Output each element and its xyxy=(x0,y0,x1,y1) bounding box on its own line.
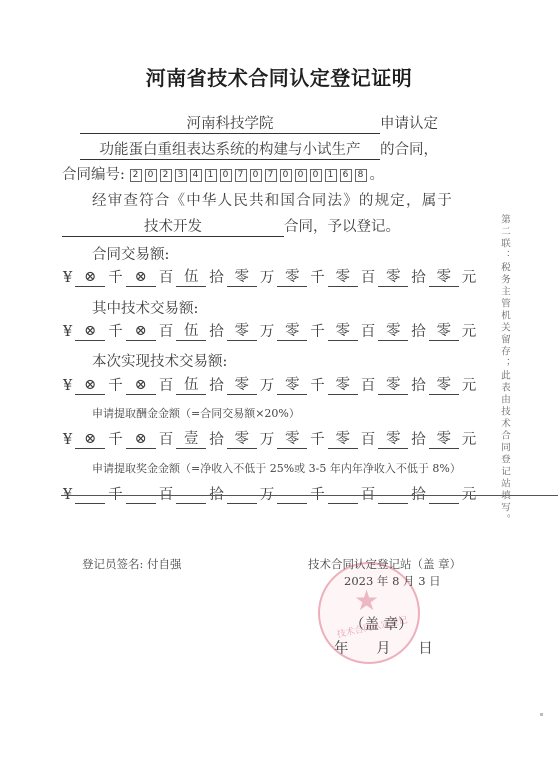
amount-digit xyxy=(126,485,156,504)
amount-unit: 万 xyxy=(260,377,275,395)
registrar-name: 付自强 xyxy=(147,557,182,571)
amount-unit: 千 xyxy=(310,323,325,341)
amount-unit: 百 xyxy=(159,323,174,341)
contract-number-digit: 0 xyxy=(295,169,307,182)
amount-unit: 元 xyxy=(462,269,477,287)
amount-digit: 零 xyxy=(429,322,459,341)
amount-digit: ⊗ xyxy=(75,322,105,341)
amount-digit xyxy=(176,485,206,504)
amount-unit: 千 xyxy=(108,486,123,504)
contract-number-digit: 1 xyxy=(325,169,337,182)
amount-unit: 拾 xyxy=(209,377,224,395)
amount-unit: 拾 xyxy=(411,486,426,504)
registrar-label: 登记员签名: xyxy=(82,557,143,571)
contract-number-digit: 2 xyxy=(130,169,142,182)
amount-unit: 拾 xyxy=(411,323,426,341)
section-label: 申请提取奖金金额（=净收入不低于 25%或 3-5 年内年净收入不低于 8%） xyxy=(92,460,461,476)
amount-unit: 拾 xyxy=(209,431,224,449)
amount-row: ¥⊗千⊗百伍拾零万零千零百零拾零元 xyxy=(63,268,476,287)
amount-digit xyxy=(277,485,307,504)
amount-digit: 零 xyxy=(378,430,408,449)
amount-digit: 零 xyxy=(429,376,459,395)
amount-digit: 壹 xyxy=(176,430,206,449)
amount-unit: 千 xyxy=(310,377,325,395)
amount-digit: ⊗ xyxy=(75,430,105,449)
amount-unit: 拾 xyxy=(411,269,426,287)
amount-unit: 百 xyxy=(159,431,174,449)
amount-digit: 零 xyxy=(227,268,257,287)
section-label: 申请提取酬金金额（=合同交易额×20%） xyxy=(92,405,300,421)
amount-digit: ⊗ xyxy=(75,376,105,395)
contract-number-digit: 1 xyxy=(205,169,217,182)
amount-digit: 零 xyxy=(227,430,257,449)
contract-number-digit: 3 xyxy=(175,169,187,182)
section-label: 合同交易额: xyxy=(92,243,169,264)
registrar-line: 登记员签名: 付自强 xyxy=(82,556,182,572)
contract-number-digit: 0 xyxy=(280,169,292,182)
contract-number-digit: 7 xyxy=(265,169,277,182)
amount-row: ¥千百拾万千百拾元 xyxy=(63,485,558,504)
contract-number-end: 。 xyxy=(370,167,385,183)
amount-digit: 零 xyxy=(227,376,257,395)
amount-unit: 拾 xyxy=(411,377,426,395)
contract-number-digit: 0 xyxy=(145,169,157,182)
currency-symbol: ¥ xyxy=(63,269,72,287)
amount-unit: 拾 xyxy=(209,323,224,341)
section-label: 本次实现技术交易额: xyxy=(92,350,227,371)
amount-unit: 百 xyxy=(159,486,174,504)
contract-number-digit: 0 xyxy=(250,169,262,182)
amount-digit: 零 xyxy=(429,430,459,449)
amount-digit: ⊗ xyxy=(75,268,105,287)
amount-digit: ⊗ xyxy=(126,376,156,395)
document-title: 河南省技术合同认定登记证明 xyxy=(0,62,558,91)
amount-unit: 百 xyxy=(361,431,376,449)
blank-date: 年 月 日 xyxy=(334,637,433,658)
scan-speck xyxy=(540,713,543,716)
contract-name-line: 功能蛋白重组表达系统的构建与小试生产的合同， xyxy=(80,138,438,160)
contract-number-digit: 7 xyxy=(235,169,247,182)
amount-digit: 零 xyxy=(227,322,257,341)
amount-unit: 千 xyxy=(310,486,325,504)
amount-unit: 千 xyxy=(108,377,123,395)
amount-digit: 零 xyxy=(277,322,307,341)
amount-digit: 零 xyxy=(277,376,307,395)
station-label: 技术合同认定登记站（盖 章） xyxy=(308,556,461,572)
amount-digit xyxy=(429,485,459,504)
contract-number-digit: 4 xyxy=(190,169,202,182)
amount-unit: 千 xyxy=(310,269,325,287)
currency-symbol: ¥ xyxy=(63,377,72,395)
amount-digit: 伍 xyxy=(176,322,206,341)
applicant-line: 河南科技学院申请认定 xyxy=(80,112,438,134)
amount-unit: 万 xyxy=(260,269,275,287)
amount-unit: 千 xyxy=(108,431,123,449)
amount-unit: 拾 xyxy=(209,486,224,504)
amount-digit: 伍 xyxy=(176,376,206,395)
amount-unit: 元 xyxy=(462,377,477,395)
amount-unit: 百 xyxy=(361,323,376,341)
contract-number-label: 合同编号: xyxy=(62,167,125,183)
amount-digit xyxy=(328,485,358,504)
side-note: 第二联：税务主管机关留存；此表由技术合同登记站填写。 xyxy=(497,214,511,526)
seal-label: （盖 章） xyxy=(350,613,413,634)
amount-unit: 元 xyxy=(462,486,477,504)
amount-unit: 百 xyxy=(361,377,376,395)
amount-digit: 零 xyxy=(328,376,358,395)
applicant-suffix: 申请认定 xyxy=(380,116,438,132)
review-text: 经审查符合《中华人民共和国合同法》的规定，属于 xyxy=(92,189,453,210)
contract-type-suffix: 合同，予以登记。 xyxy=(284,219,400,235)
currency-symbol: ¥ xyxy=(63,431,72,449)
amount-digit: 零 xyxy=(378,376,408,395)
amount-unit: 元 xyxy=(462,323,477,341)
amount-digit: 零 xyxy=(378,322,408,341)
contract-type-field: 技术开发 xyxy=(62,215,284,237)
contract-number-boxes: 2023410707000168 xyxy=(130,167,370,183)
amount-digit: ⊗ xyxy=(126,430,156,449)
amount-row: ¥⊗千⊗百伍拾零万零千零百零拾零元 xyxy=(63,322,476,341)
amount-digit: 零 xyxy=(429,268,459,287)
amount-unit: 万 xyxy=(260,486,275,504)
amount-sections: 合同交易额:¥⊗千⊗百伍拾零万零千零百零拾零元其中技术交易额:¥⊗千⊗百伍拾零万… xyxy=(0,0,558,19)
amount-row: ¥⊗千⊗百伍拾零万零千零百零拾零元 xyxy=(63,376,476,395)
amount-unit: 百 xyxy=(361,486,376,504)
amount-unit: 拾 xyxy=(411,431,426,449)
amount-unit: 元 xyxy=(462,431,477,449)
amount-digit xyxy=(75,485,105,504)
section-label: 其中技术交易额: xyxy=(92,297,198,318)
amount-unit: 拾 xyxy=(209,269,224,287)
amount-unit: 百 xyxy=(361,269,376,287)
amount-digit: 零 xyxy=(328,322,358,341)
amount-unit: 千 xyxy=(108,323,123,341)
contract-type-line: 技术开发合同，予以登记。 xyxy=(62,215,400,237)
amount-row: ¥⊗千⊗百壹拾零万零千零百零拾零元 xyxy=(63,430,476,449)
amount-unit: 百 xyxy=(159,269,174,287)
amount-unit: 百 xyxy=(159,377,174,395)
amount-unit: 万 xyxy=(260,323,275,341)
contract-name-field: 功能蛋白重组表达系统的构建与小试生产 xyxy=(80,138,380,160)
amount-digit: ⊗ xyxy=(126,322,156,341)
amount-digit xyxy=(227,485,257,504)
contract-number-digit: 2 xyxy=(160,169,172,182)
amount-unit: 千 xyxy=(108,269,123,287)
amount-digit: 零 xyxy=(378,268,408,287)
contract-number-line: 合同编号: 2023410707000168。 xyxy=(62,163,384,184)
amount-digit: 零 xyxy=(277,268,307,287)
applicant-field: 河南科技学院 xyxy=(80,112,380,134)
amount-digit: 零 xyxy=(328,268,358,287)
registration-date: 2023 年 8 月 3 日 xyxy=(344,573,441,589)
amount-digit: 零 xyxy=(328,430,358,449)
currency-symbol: ¥ xyxy=(63,486,72,504)
contract-number-digit: 0 xyxy=(220,169,232,182)
amount-digit: ⊗ xyxy=(126,268,156,287)
contract-number-digit: 0 xyxy=(310,169,322,182)
amount-digit: 伍 xyxy=(176,268,206,287)
contract-number-digit: 8 xyxy=(355,169,367,182)
contract-number-digit: 6 xyxy=(340,169,352,182)
amount-digit: 零 xyxy=(277,430,307,449)
amount-digit xyxy=(378,485,408,504)
currency-symbol: ¥ xyxy=(63,323,72,341)
contract-name-suffix: 的合同， xyxy=(380,142,438,158)
amount-unit: 万 xyxy=(260,431,275,449)
amount-unit: 千 xyxy=(310,431,325,449)
